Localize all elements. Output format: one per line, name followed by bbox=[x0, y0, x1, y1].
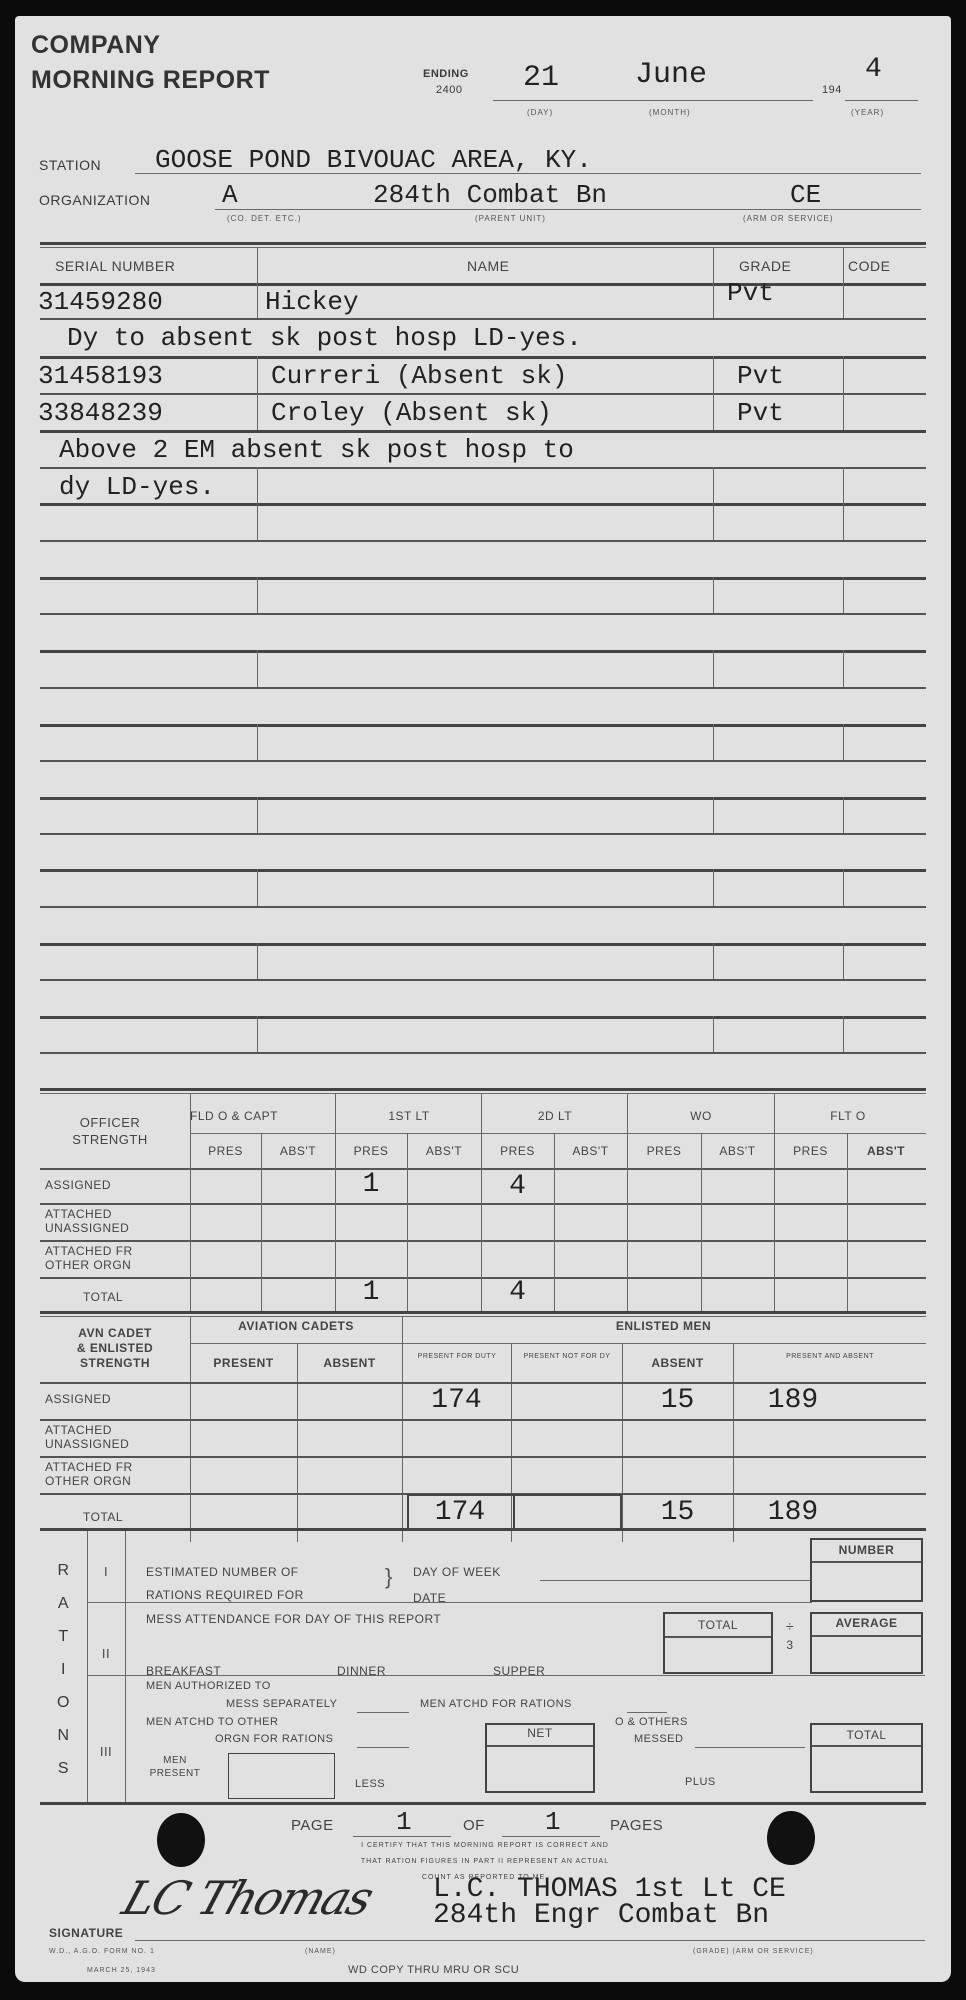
officer-col-divider bbox=[701, 1133, 702, 1311]
day-label: (DAY) bbox=[527, 108, 553, 117]
title-line: OFFICER bbox=[40, 1114, 180, 1131]
col-divider bbox=[713, 577, 714, 613]
col-serial-number: SERIAL NUMBER bbox=[55, 258, 175, 274]
col-present-for-duty: PRESENT FOR DUTY bbox=[407, 1350, 507, 1364]
enlisted-row-rule bbox=[40, 1456, 926, 1458]
col-present-and-absent: PRESENT AND ABSENT bbox=[745, 1350, 915, 1364]
officer-row-attached-fr: ATTACHED FR OTHER ORGN bbox=[45, 1244, 175, 1272]
col-divider bbox=[257, 1016, 258, 1052]
col-divider bbox=[257, 650, 258, 687]
col-divider bbox=[843, 943, 844, 979]
of-label: OF bbox=[463, 1817, 485, 1834]
officer-total-2d-lt-pres: 4 bbox=[481, 1277, 554, 1308]
side-letter: O bbox=[40, 1686, 87, 1719]
side-letter: N bbox=[40, 1719, 87, 1752]
col-divider bbox=[257, 577, 258, 613]
col-divider bbox=[713, 724, 714, 760]
station-underline bbox=[135, 173, 921, 174]
signature-line bbox=[135, 1940, 925, 1941]
form-date: MARCH 25, 1943 bbox=[87, 1967, 156, 1974]
enlisted-row-attached-fr: ATTACHED FR OTHER ORGN bbox=[45, 1460, 175, 1488]
net-box-rule bbox=[487, 1745, 593, 1747]
sub-abst: ABS'T bbox=[701, 1144, 774, 1158]
col-divider bbox=[713, 1016, 714, 1052]
section-1-rule bbox=[87, 1602, 812, 1603]
row-rule bbox=[40, 1088, 926, 1091]
row-rule bbox=[40, 797, 926, 800]
col-divider bbox=[257, 283, 258, 318]
group-wo: WO bbox=[627, 1109, 775, 1123]
pages-label: PAGES bbox=[610, 1817, 663, 1834]
men-present-label: MEN PRESENT bbox=[125, 1754, 225, 1780]
row-rule bbox=[40, 943, 926, 946]
col-divider bbox=[713, 797, 714, 833]
officer-row-rule bbox=[40, 1168, 926, 1170]
sub-pres: PRES bbox=[774, 1144, 847, 1158]
report-year: 4 bbox=[865, 54, 882, 85]
col-divider bbox=[257, 467, 258, 503]
certify-line-1: I CERTIFY THAT THIS MORNING REPORT IS CO… bbox=[255, 1842, 715, 1849]
group-2d-lt: 2D LT bbox=[481, 1109, 629, 1123]
row-rule bbox=[40, 906, 926, 908]
mess-total-label: TOTAL bbox=[663, 1618, 773, 1632]
average-box-rule bbox=[812, 1635, 921, 1637]
officer-col-divider bbox=[261, 1133, 262, 1311]
entry-serial: 31458193 bbox=[38, 361, 163, 391]
form-id: W.D., A.G.O. FORM NO. 1 bbox=[49, 1948, 155, 1955]
officer-col-divider bbox=[774, 1093, 775, 1311]
handwritten-signature: LC Thomas bbox=[116, 1871, 379, 1925]
entry-remark: Dy to absent sk post hosp LD-yes. bbox=[67, 323, 582, 353]
side-letter: A bbox=[40, 1587, 87, 1620]
officer-bottom-rule bbox=[40, 1311, 926, 1314]
mess-total-box-rule bbox=[665, 1636, 771, 1638]
men-present-line: MEN bbox=[125, 1754, 225, 1767]
title-line: AVN CADET bbox=[40, 1326, 190, 1341]
col-divider bbox=[713, 650, 714, 687]
officer-top-rule bbox=[40, 1093, 926, 1094]
col-divider bbox=[713, 283, 714, 318]
row-rule bbox=[40, 724, 926, 727]
company-value: A bbox=[222, 180, 238, 210]
col-divider bbox=[257, 724, 258, 760]
enlisted-col-divider bbox=[190, 1316, 191, 1542]
title-line: & ENLISTED bbox=[40, 1341, 190, 1356]
row-rule bbox=[40, 540, 926, 542]
entry-name: Croley (Absent sk) bbox=[271, 398, 552, 428]
roster-top-rule bbox=[40, 242, 926, 245]
col-divider bbox=[843, 1016, 844, 1052]
sub-abst: ABS'T bbox=[847, 1144, 925, 1158]
row-rule bbox=[40, 1052, 926, 1054]
row-rule bbox=[40, 687, 926, 689]
officer-assigned-2d-lt-pres: 4 bbox=[481, 1171, 554, 1202]
enlisted-top-rule bbox=[40, 1316, 926, 1317]
officer-assigned-1st-lt-pres: 1 bbox=[335, 1169, 407, 1200]
col-divider bbox=[713, 356, 714, 430]
row-rule bbox=[40, 283, 926, 286]
row-rule bbox=[40, 760, 926, 762]
entry-remark: dy LD-yes. bbox=[59, 472, 215, 502]
page-number: 1 bbox=[396, 1807, 412, 1837]
enlisted-subhead-rule bbox=[190, 1343, 926, 1344]
parent-unit-label: (PARENT UNIT) bbox=[475, 214, 546, 223]
col-divider bbox=[843, 247, 844, 283]
year-label: (YEAR) bbox=[851, 108, 884, 117]
arm-service-value: CE bbox=[790, 180, 821, 210]
row-rule bbox=[40, 503, 926, 506]
est-number-label: ESTIMATED NUMBER OF bbox=[146, 1565, 299, 1579]
sub-abst: ABS'T bbox=[407, 1144, 481, 1158]
company-label: (CO. DET. ETC.) bbox=[227, 214, 302, 223]
arm-service-label: (ARM OR SERVICE) bbox=[743, 214, 834, 223]
orgn-rations-line bbox=[357, 1747, 409, 1748]
officer-subhead-rule bbox=[190, 1133, 926, 1134]
section-1-numeral: I bbox=[87, 1564, 125, 1579]
others-messed-label-2: MESSED bbox=[634, 1733, 683, 1745]
others-messed-label-1: O & OTHERS bbox=[615, 1716, 688, 1728]
em-total-absent: 15 bbox=[622, 1497, 733, 1528]
col-divider bbox=[257, 797, 258, 833]
row-rule bbox=[40, 1016, 926, 1019]
signature-label: SIGNATURE bbox=[49, 1926, 123, 1940]
officer-row-rule bbox=[40, 1203, 926, 1205]
parent-unit-value: 284th Combat Bn bbox=[373, 180, 607, 210]
col-cadets-absent: ABSENT bbox=[297, 1356, 402, 1370]
divide-by: 3 bbox=[775, 1638, 805, 1652]
col-grade: GRADE bbox=[739, 258, 791, 274]
enlisted-row-rule bbox=[40, 1382, 926, 1384]
side-letter: S bbox=[40, 1752, 87, 1785]
brace: } bbox=[385, 1564, 393, 1590]
section-2-rule bbox=[87, 1675, 925, 1676]
date-underline bbox=[493, 100, 813, 101]
col-divider bbox=[713, 503, 714, 540]
col-divider bbox=[843, 724, 844, 760]
row-rule bbox=[40, 318, 926, 320]
number-box-rule bbox=[812, 1561, 921, 1563]
col-divider bbox=[843, 797, 844, 833]
group-enlisted-men: ENLISTED MEN bbox=[402, 1319, 925, 1333]
group-fld-o-capt: FLD O & CAPT bbox=[190, 1109, 263, 1123]
year-prefix: 194 bbox=[822, 84, 842, 96]
enlisted-row-attached-unassigned: ATTACHED UNASSIGNED bbox=[45, 1423, 175, 1451]
officer-col-divider bbox=[190, 1093, 191, 1311]
year-underline bbox=[845, 100, 918, 101]
officer-col-divider bbox=[847, 1133, 848, 1311]
organization-underline bbox=[215, 209, 921, 210]
officer-col-divider bbox=[627, 1093, 628, 1311]
sub-pres: PRES bbox=[335, 1144, 407, 1158]
row-rule bbox=[40, 577, 926, 580]
col-divider bbox=[257, 356, 258, 430]
col-name: NAME bbox=[467, 258, 509, 274]
col-divider bbox=[843, 869, 844, 906]
sub-abst: ABS'T bbox=[261, 1144, 335, 1158]
sub-pres: PRES bbox=[190, 1144, 261, 1158]
side-letter: R bbox=[40, 1554, 87, 1587]
month-label: (MONTH) bbox=[649, 108, 691, 117]
ending-label: ENDING bbox=[423, 68, 469, 80]
col-divider bbox=[257, 503, 258, 540]
grade-arm-label: (GRADE) (ARM OR SERVICE) bbox=[693, 1948, 814, 1955]
report-month: June bbox=[635, 58, 707, 92]
men-authorized-label-1: MEN AUTHORIZED TO bbox=[146, 1680, 271, 1692]
entry-remark: Above 2 EM absent sk post hosp to bbox=[59, 435, 574, 465]
day-of-week-label: DAY OF WEEK bbox=[413, 1565, 501, 1579]
row-rule bbox=[40, 613, 926, 615]
ending-time: 2400 bbox=[436, 84, 462, 96]
officer-row-rule bbox=[40, 1240, 926, 1242]
form-title-line2: MORNING REPORT bbox=[31, 66, 270, 95]
page-line bbox=[353, 1836, 451, 1837]
entry-grade: Pvt bbox=[737, 361, 784, 391]
row-rule bbox=[40, 979, 926, 981]
rations-side-label: R A T I O N S bbox=[40, 1554, 87, 1785]
mess-attendance-label: MESS ATTENDANCE FOR DAY OF THIS REPORT bbox=[146, 1612, 441, 1626]
number-label: NUMBER bbox=[810, 1543, 923, 1557]
typed-name-line-2: 284th Engr Combat Bn bbox=[433, 1900, 769, 1931]
row-rule bbox=[40, 467, 926, 469]
group-1st-lt: 1ST LT bbox=[335, 1109, 483, 1123]
col-divider bbox=[257, 869, 258, 906]
enlisted-strength-title: AVN CADET & ENLISTED STRENGTH bbox=[40, 1326, 190, 1371]
row-rule bbox=[40, 650, 926, 653]
col-divider bbox=[843, 356, 844, 430]
rations-bottom-rule bbox=[40, 1802, 926, 1805]
of-line bbox=[502, 1836, 600, 1837]
em-total-present-for-duty: 174 bbox=[407, 1497, 513, 1528]
entry-name: Hickey bbox=[265, 287, 359, 317]
officer-row-attached-unassigned: ATTACHED UNASSIGNED bbox=[45, 1207, 175, 1235]
col-divider bbox=[713, 467, 714, 503]
section-2-numeral: II bbox=[87, 1646, 125, 1661]
col-divider bbox=[843, 577, 844, 613]
col-cadets-present: PRESENT bbox=[190, 1356, 297, 1370]
enlisted-col-divider bbox=[402, 1316, 403, 1542]
enlisted-row-total: TOTAL bbox=[83, 1510, 123, 1524]
col-divider bbox=[713, 247, 714, 283]
entry-grade: Pvt bbox=[727, 278, 774, 308]
men-atchd-other-label-1: MEN ATCHD TO OTHER bbox=[146, 1716, 278, 1728]
rations-required-label: RATIONS REQUIRED FOR bbox=[146, 1588, 304, 1602]
organization-label: ORGANIZATION bbox=[39, 192, 151, 208]
officer-strength-title: OFFICER STRENGTH bbox=[40, 1114, 180, 1148]
em-total-box-divider bbox=[513, 1494, 515, 1530]
col-divider bbox=[713, 869, 714, 906]
title-line: STRENGTH bbox=[40, 1131, 180, 1148]
average-label: AVERAGE bbox=[810, 1616, 923, 1630]
station-label: STATION bbox=[39, 157, 101, 173]
enlisted-row-rule bbox=[40, 1419, 926, 1421]
punch-hole-left bbox=[157, 1813, 205, 1867]
col-divider bbox=[843, 503, 844, 540]
punch-hole-right bbox=[767, 1811, 815, 1865]
report-day: 21 bbox=[523, 61, 559, 95]
officer-total-1st-lt-pres: 1 bbox=[335, 1277, 407, 1308]
row-rule bbox=[40, 869, 926, 872]
mess-separately-line bbox=[357, 1712, 409, 1713]
divide-sign: ÷ bbox=[775, 1618, 805, 1634]
side-letter: T bbox=[40, 1620, 87, 1653]
men-present-line: PRESENT bbox=[125, 1767, 225, 1780]
col-divider bbox=[257, 943, 258, 979]
em-assigned-present-and-absent: 189 bbox=[733, 1385, 853, 1416]
net-label: NET bbox=[485, 1726, 595, 1740]
col-code: CODE bbox=[848, 258, 890, 274]
men-atchd-line bbox=[627, 1712, 667, 1713]
entry-serial: 31459280 bbox=[38, 287, 163, 317]
day-of-week-line bbox=[540, 1580, 810, 1581]
group-aviation-cadets: AVIATION CADETS bbox=[190, 1319, 402, 1333]
page-label: PAGE bbox=[291, 1817, 334, 1834]
em-total-present-and-absent: 189 bbox=[733, 1497, 853, 1528]
copy-note: WD COPY THRU MRU OR SCU bbox=[348, 1964, 519, 1976]
side-letter: I bbox=[40, 1653, 87, 1686]
rations-total-box-rule bbox=[812, 1745, 921, 1747]
plus-label: PLUS bbox=[685, 1776, 716, 1788]
roster-top-rule-2 bbox=[40, 247, 926, 248]
enlisted-col-divider bbox=[297, 1343, 298, 1542]
officer-col-divider bbox=[554, 1133, 555, 1311]
officer-row-assigned: ASSIGNED bbox=[45, 1178, 111, 1192]
col-em-absent: ABSENT bbox=[622, 1356, 733, 1370]
row-rule bbox=[40, 393, 926, 395]
page-total: 1 bbox=[545, 1807, 561, 1837]
station-value: GOOSE POND BIVOUAC AREA, KY. bbox=[155, 145, 592, 175]
morning-report-form: COMPANY MORNING REPORT ENDING 2400 21 Ju… bbox=[15, 16, 951, 1982]
em-assigned-present-for-duty: 174 bbox=[402, 1385, 511, 1416]
men-atchd-other-label-2: ORGN FOR RATIONS bbox=[215, 1733, 333, 1745]
entry-serial: 33848239 bbox=[38, 398, 163, 428]
enlisted-row-assigned: ASSIGNED bbox=[45, 1392, 111, 1406]
col-divider bbox=[257, 247, 258, 283]
certify-line-2: THAT RATION FIGURES IN PART II REPRESENT… bbox=[255, 1858, 715, 1865]
row-rule bbox=[40, 833, 926, 835]
col-divider bbox=[843, 650, 844, 687]
em-assigned-absent: 15 bbox=[622, 1385, 733, 1416]
sub-pres: PRES bbox=[481, 1144, 554, 1158]
men-present-box[interactable] bbox=[228, 1753, 335, 1799]
sub-pres: PRES bbox=[627, 1144, 701, 1158]
officer-col-divider bbox=[407, 1133, 408, 1311]
entry-grade: Pvt bbox=[737, 398, 784, 428]
col-present-not-for-dy: PRESENT NOT FOR DY bbox=[515, 1350, 619, 1364]
entry-name: Curreri (Absent sk) bbox=[271, 361, 567, 391]
section-3-numeral: III bbox=[87, 1744, 125, 1759]
title-line: STRENGTH bbox=[40, 1356, 190, 1371]
row-rule bbox=[40, 356, 926, 359]
name-label: (NAME) bbox=[305, 1948, 336, 1955]
col-divider bbox=[843, 467, 844, 503]
officer-row-total: TOTAL bbox=[83, 1290, 123, 1304]
row-rule bbox=[40, 430, 926, 433]
rations-total-label: TOTAL bbox=[810, 1728, 923, 1742]
form-title-line1: COMPANY bbox=[31, 31, 160, 60]
others-messed-line bbox=[695, 1747, 805, 1748]
col-divider bbox=[843, 283, 844, 318]
men-atchd-rations-label: MEN ATCHD FOR RATIONS bbox=[420, 1698, 572, 1710]
less-label: LESS bbox=[355, 1778, 385, 1790]
col-divider bbox=[713, 943, 714, 979]
group-flt-o: FLT O bbox=[774, 1109, 922, 1123]
sub-abst: ABS'T bbox=[554, 1144, 627, 1158]
men-authorized-label-2: MESS SEPARATELY bbox=[226, 1698, 337, 1710]
